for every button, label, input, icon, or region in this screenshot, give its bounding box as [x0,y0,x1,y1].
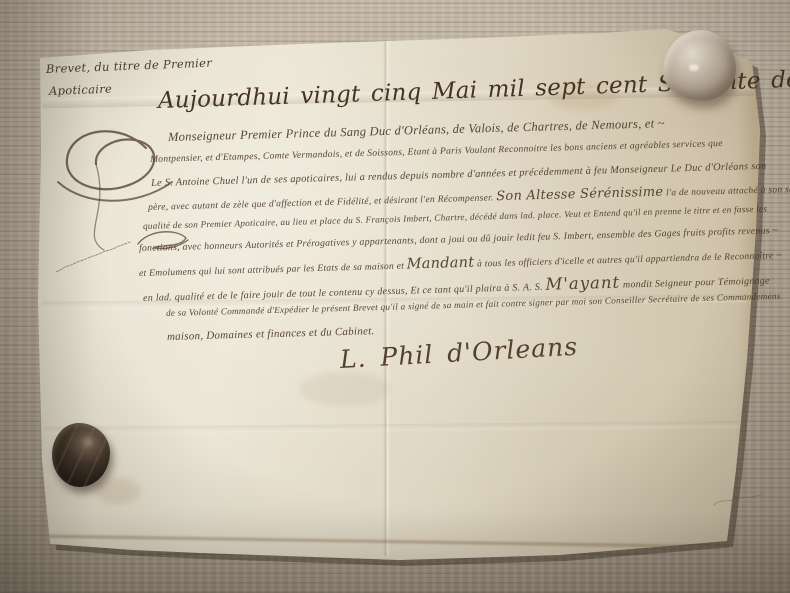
foxing-stain [300,372,390,406]
faint-countersignature-inscription [712,492,764,510]
line-emphasis: M'ayant [545,273,620,294]
line-emphasis: Mandant [406,255,474,273]
stone-highlight [689,64,699,71]
stone-mineral-streaks [52,423,110,487]
dark-stone-paperweight [52,423,110,487]
horizontal-fold-crease-lower [44,421,739,434]
line-text: l'a de nouveau attaché à son service en … [663,183,790,199]
light-pebble-paperweight [663,30,736,101]
margin-note-line-2: Apoticaire [49,82,113,98]
photograph-of-manuscript: Brevet, du titre de Premier Apoticaire A… [0,0,790,593]
